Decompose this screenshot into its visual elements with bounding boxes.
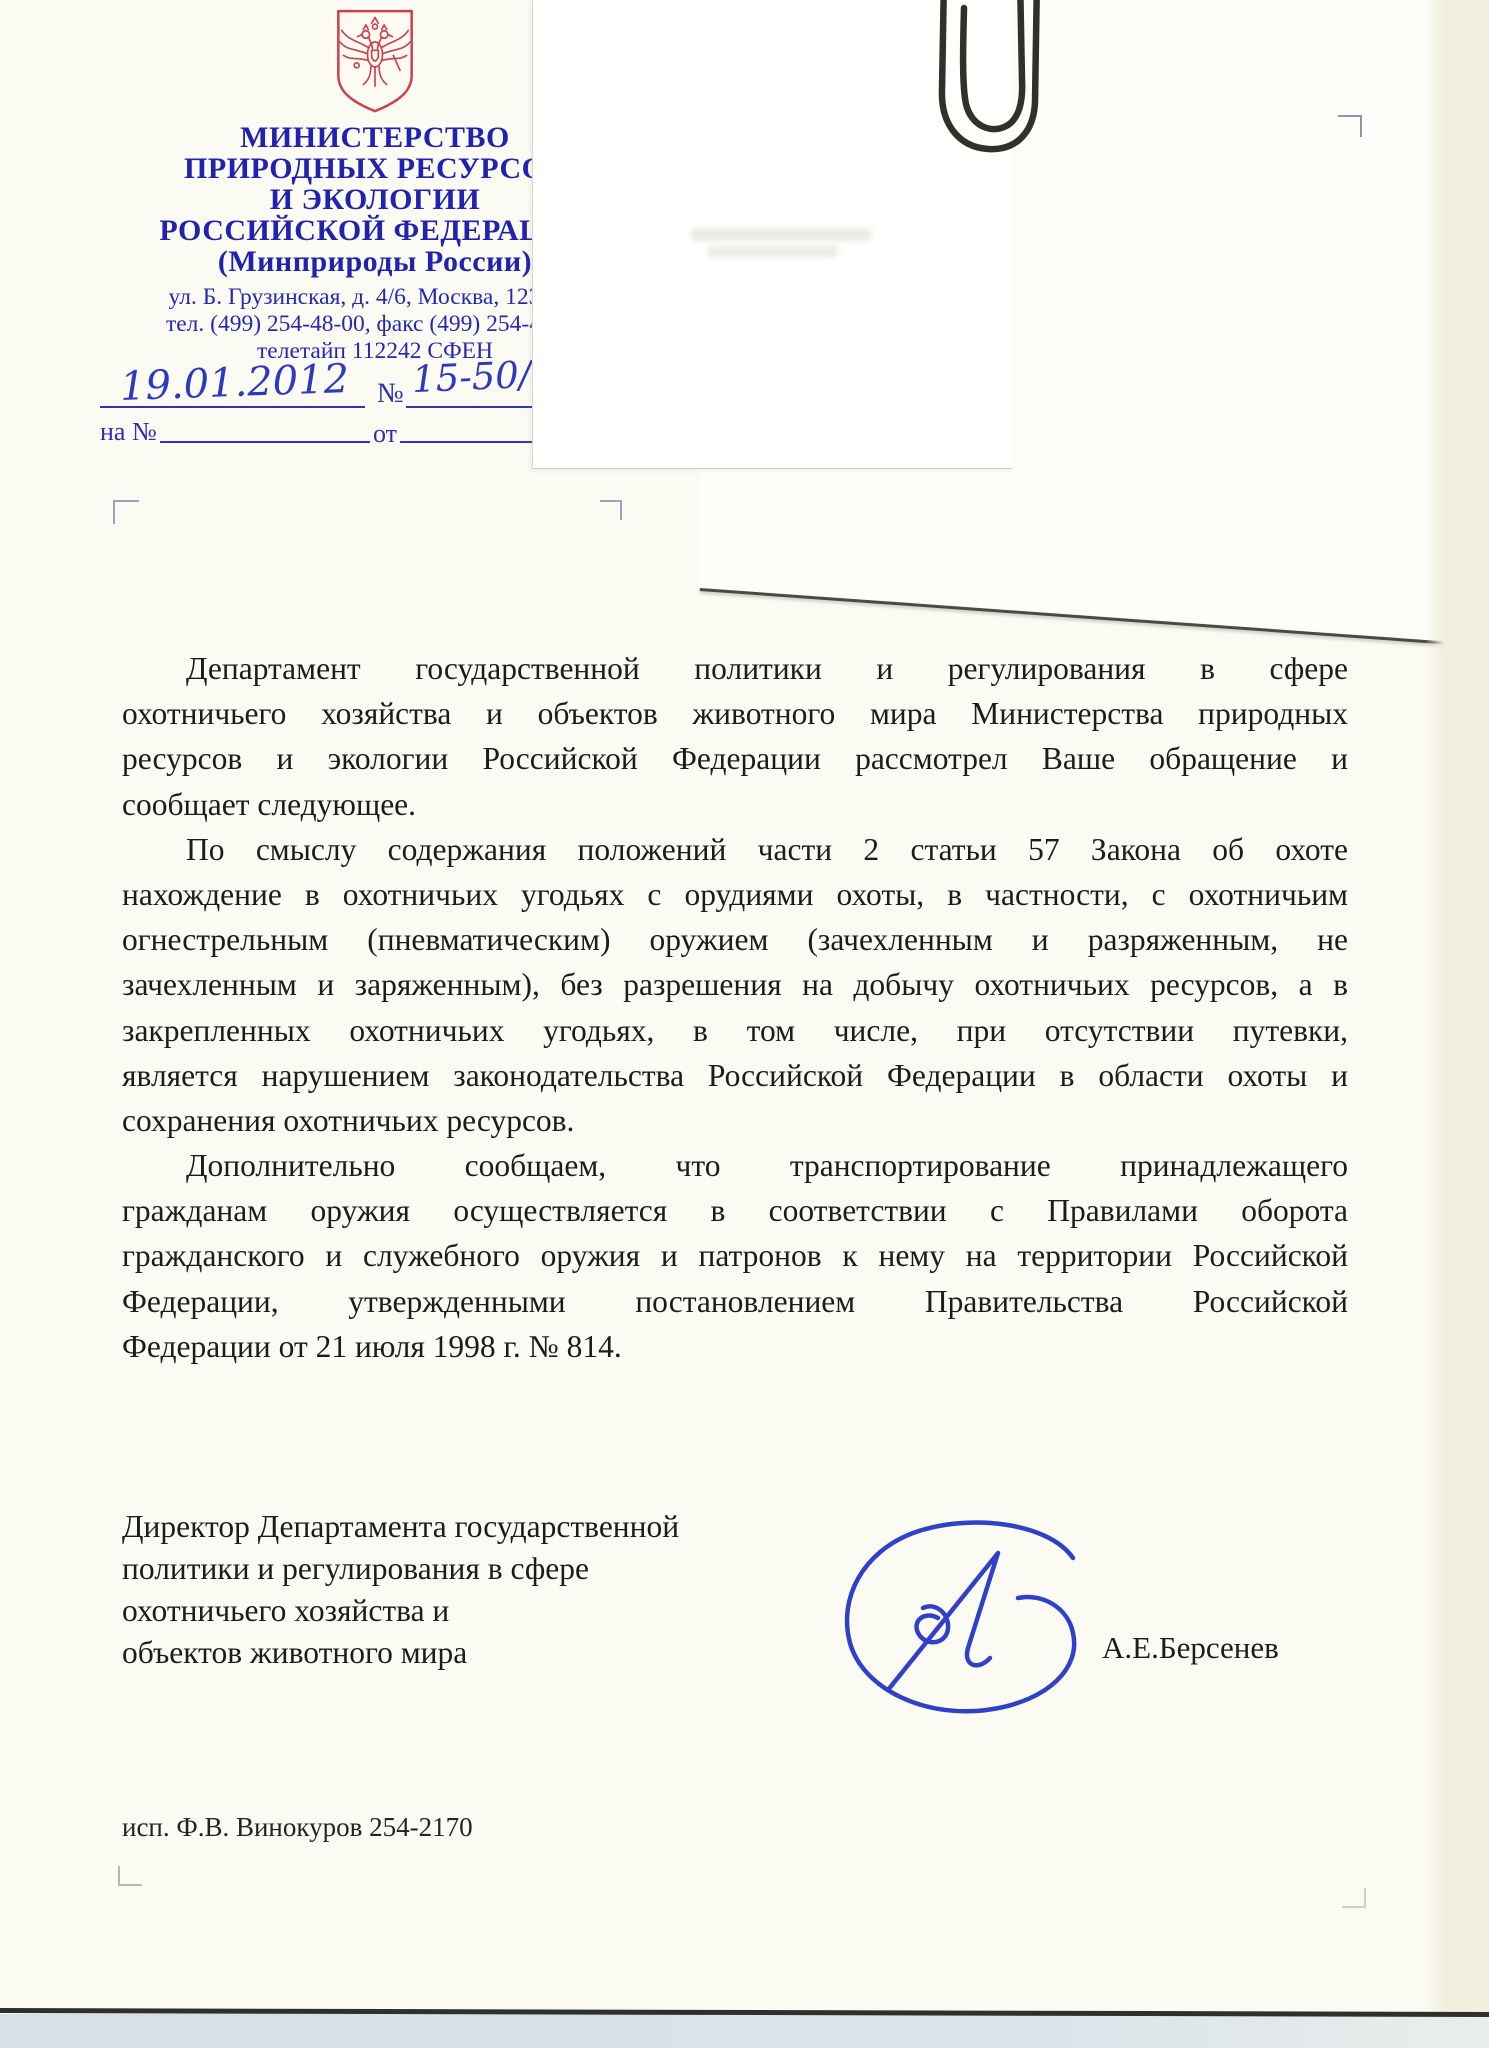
corner-mark-top-right — [1338, 115, 1362, 137]
bleed-through-text-smudge — [708, 246, 838, 257]
corner-mark-top-left — [113, 500, 139, 524]
signatory-title: Директор Департамента государственной по… — [122, 1506, 679, 1674]
corner-mark-bottom-left — [118, 1866, 142, 1886]
scanned-letter-page: МИНИСТЕРСТВО ПРИРОДНЫХ РЕСУРСОВ И ЭКОЛОГ… — [0, 0, 1489, 2048]
body-line: закрепленных охотничьих угодьях, в том ч… — [122, 1008, 1348, 1053]
body-line: зачехленным и заряженным), без разрешени… — [122, 962, 1348, 1007]
body-line: сообщает следующее. — [122, 782, 1348, 827]
date-underline — [100, 406, 365, 408]
scan-bottom-band — [0, 2014, 1489, 2048]
body-line: По смыслу содержания положений части 2 с… — [122, 827, 1348, 872]
bleed-through-text-smudge — [691, 228, 871, 241]
signatory-title-line: политики и регулирования в сфере — [122, 1548, 679, 1590]
body-line: гражданского и служебного оружия и патро… — [122, 1233, 1348, 1278]
letter-body: Департамент государственной политики и р… — [122, 646, 1348, 1369]
number-sign: № — [377, 378, 404, 410]
scan-edge-strip — [1425, 0, 1489, 2048]
body-line: сохранения охотничьих ресурсов. — [122, 1098, 1348, 1143]
handwritten-date: 19.01.2012 — [119, 356, 349, 410]
russia-coat-of-arms-icon — [325, 6, 425, 118]
body-line: огнестрельным (пневматическим) оружием (… — [122, 917, 1348, 962]
body-line: Департамент государственной политики и р… — [122, 646, 1348, 691]
body-line: является нарушением законодательства Рос… — [122, 1053, 1348, 1098]
body-line: охотничьего хозяйства и объектов животно… — [122, 691, 1348, 736]
signatory-title-line: объектов животного мира — [122, 1632, 679, 1674]
body-line: Дополнительно сообщаем, что транспортиро… — [122, 1143, 1348, 1188]
body-line: Федерации от 21 июля 1998 г. № 814. — [122, 1324, 1348, 1369]
paperclip-icon — [920, 0, 1070, 171]
executor-line: исп. Ф.В. Винокуров 254-2170 — [122, 1812, 473, 1843]
corner-mark-top-center — [600, 500, 622, 520]
body-line: Федерации, утвержденными постановлением … — [122, 1279, 1348, 1324]
body-line: ресурсов и экологии Российской Федерации… — [122, 736, 1348, 781]
incoming-date-label: от — [373, 419, 397, 449]
handwritten-signature — [818, 1498, 1118, 1748]
signatory-title-line: Директор Департамента государственной — [122, 1506, 679, 1548]
body-line: нахождение в охотничьих угодьях с орудия… — [122, 872, 1348, 917]
body-line: гражданам оружия осуществляется в соотве… — [122, 1188, 1348, 1233]
incoming-number-blank — [160, 441, 370, 443]
signatory-title-line: охотничьего хозяйства и — [122, 1590, 679, 1632]
incoming-number-label: на № — [100, 417, 157, 447]
corner-mark-bottom-right — [1342, 1888, 1366, 1908]
signatory-name: А.Е.Берсенев — [1102, 1630, 1279, 1666]
